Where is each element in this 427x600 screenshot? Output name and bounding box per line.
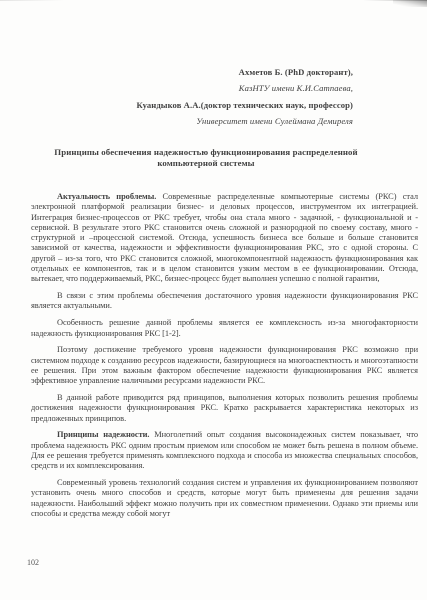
author-line-1: Ахметов Б. (PhD докторант),: [0, 64, 353, 80]
paragraph-feature: Особенность решение данной проблемы явля…: [31, 318, 418, 339]
paragraph-lead: Актуальность проблемы.: [57, 192, 156, 201]
body-text: Актуальность проблемы. Современные распр…: [31, 192, 418, 526]
paragraph-text: Современный уровень технологий создания …: [31, 478, 418, 518]
scan-edge: [0, 0, 427, 1]
paragraph-lead: Принципы надежности.: [57, 430, 149, 439]
paragraph-text: В данной работе приводится ряд принципов…: [31, 393, 418, 423]
affiliation-line-1: КазНТУ имени К.И.Сатпаева,: [0, 80, 353, 96]
paper-title: Принципы обеспечения надежностью функцио…: [30, 147, 382, 168]
author-line-2: Куандыков А.А.(доктор технических наук, …: [0, 97, 353, 113]
paragraph-text: В связи с этим проблемы обеспечения дост…: [31, 291, 418, 310]
paragraph-actuality: Актуальность проблемы. Современные распр…: [31, 192, 418, 285]
paragraph-modern-level: Современный уровень технологий создания …: [31, 478, 418, 519]
scan-smudge: [393, 0, 427, 7]
paragraph-text: Современные распределенные компьютерные …: [31, 192, 418, 283]
affiliation-line-2: Университет имени Сулеймана Демиреля: [0, 113, 353, 129]
author-block: Ахметов Б. (PhD докторант), КазНТУ имени…: [0, 64, 353, 130]
paragraph-principles: Принципы надежности. Многолетний опыт со…: [31, 430, 418, 471]
paragraph-relevance: В связи с этим проблемы обеспечения дост…: [31, 291, 418, 312]
paragraph-this-work: В данной работе приводится ряд принципов…: [31, 393, 418, 424]
document-page: Ахметов Б. (PhD докторант), КазНТУ имени…: [0, 0, 427, 600]
paragraph-text: Поэтому достижение требуемого уровня над…: [31, 345, 418, 385]
paragraph-text: Особенность решение данной проблемы явля…: [31, 318, 418, 337]
page-number: 102: [27, 558, 39, 567]
paragraph-approach: Поэтому достижение требуемого уровня над…: [31, 345, 418, 386]
